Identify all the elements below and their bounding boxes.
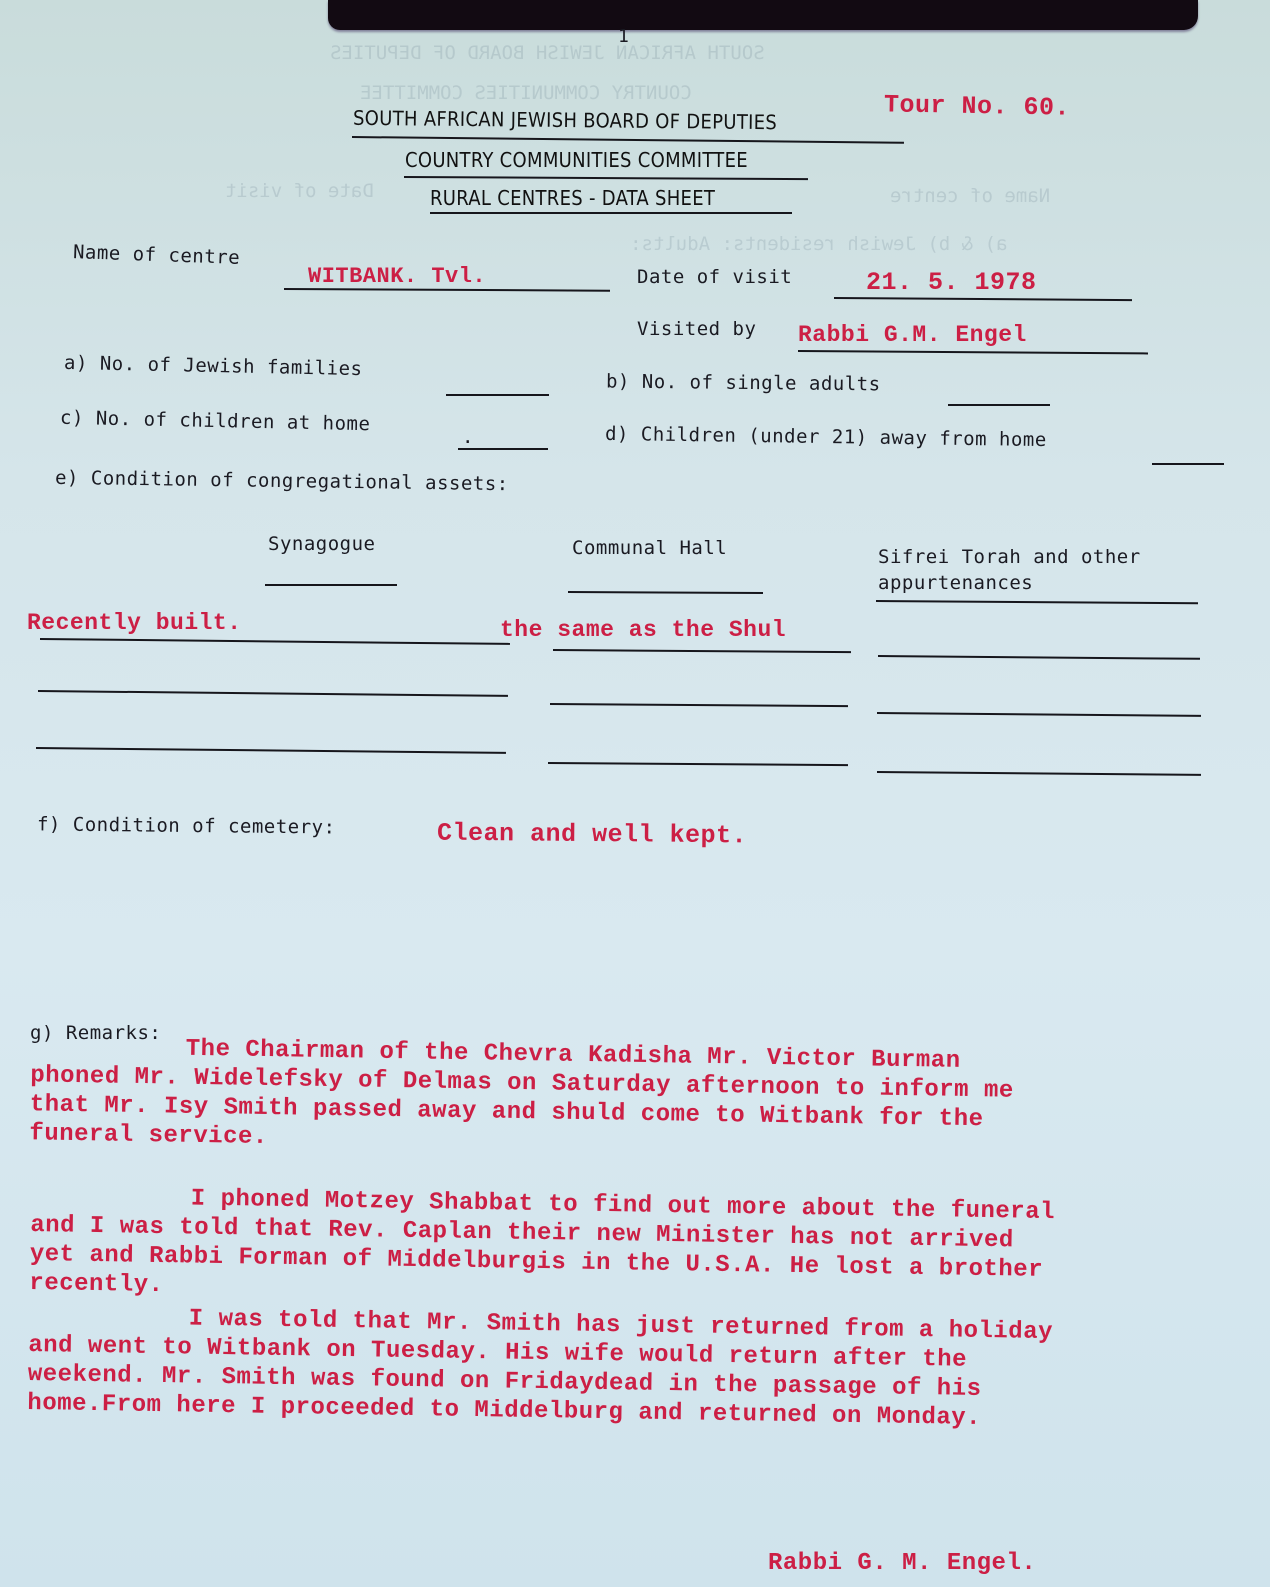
underline [265,584,397,586]
signature: Rabbi G. M. Engel. [768,1550,1036,1577]
underline [352,136,904,144]
underline [568,591,763,594]
children-home-field-line [458,448,548,450]
assets-col-hall: Communal Hall [572,537,727,559]
underline [404,176,808,180]
single-adults-field-line [948,404,1050,406]
cemetery-label: f) Condition of cemetery: [37,813,336,838]
hall-line-1 [553,649,851,653]
show-through-text: Date of visit [225,180,374,202]
show-through-text: SOUTH AFRICAN JEWISH BOARD OF DEPUTIES [330,42,765,64]
children-home-label: c) No. of children at home [60,407,371,435]
assets-col-torah: Sifrei Torah and other [878,546,1141,568]
centre-field-line [284,288,610,292]
date-field-line [834,297,1132,301]
show-through-text: a) & b) Jewish residents: Adults: [630,233,1008,255]
show-through-text: Name of centre [890,185,1050,207]
date-value[interactable]: 21. 5. 1978 [866,268,1037,297]
centre-label: Name of centre [73,241,241,269]
committee-title: COUNTRY COMMUNITIES COMMITTEE [405,148,748,172]
children-away-label: d) Children (under 21) away from home [605,423,1047,451]
children-away-field-line [1152,463,1224,465]
org-title: SOUTH AFRICAN JEWISH BOARD OF DEPUTIES [353,106,777,134]
assets-label: e) Condition of congregational assets: [55,467,509,495]
hall-line-3 [548,762,848,766]
synagogue-line-1 [40,638,510,645]
date-label: Date of visit [637,266,792,288]
underline [876,600,1198,604]
assets-col-synagogue: Synagogue [268,533,375,555]
tour-number: Tour No. 60. [884,90,1071,122]
torah-line-2 [877,712,1201,717]
families-field-line [446,394,549,396]
families-label: a) No. of Jewish families [64,352,363,380]
sheet-title: RURAL CENTRES - DATA SHEET [430,186,715,210]
remarks-paragraph-3: I was told that Mr. Smith has just retur… [27,1302,1053,1434]
visited-value[interactable]: Rabbi G.M. Engel [798,322,1027,348]
children-home-value[interactable]: . [462,426,474,448]
remarks-paragraph-1: The Chairman of the Chevra Kadisha Mr. V… [29,1032,1014,1163]
remarks-paragraph-2: I phoned Motzey Shabbat to find out more… [29,1182,1055,1314]
hall-line-2 [550,703,848,707]
visited-label: Visited by [637,318,756,340]
centre-value[interactable]: WITBANK. Tvl. [308,264,486,289]
synagogue-condition[interactable]: Recently built. [27,610,242,636]
torah-line-1 [878,655,1200,660]
synagogue-line-2 [38,690,508,697]
underline [430,212,792,214]
clipboard-edge [328,0,1198,30]
torah-line-3 [877,771,1201,776]
assets-col-torah-2: appurtenances [878,572,1033,594]
page-number: 1 [618,26,629,47]
single-adults-label: b) No. of single adults [606,371,881,396]
show-through-text: COUNTRY COMMUNITIES COMMITTEE [360,82,692,104]
cemetery-value[interactable]: Clean and well kept. [437,819,747,851]
synagogue-line-3 [36,747,506,754]
hall-condition[interactable]: the same as the Shul [500,617,786,643]
visited-field-line [798,350,1148,354]
